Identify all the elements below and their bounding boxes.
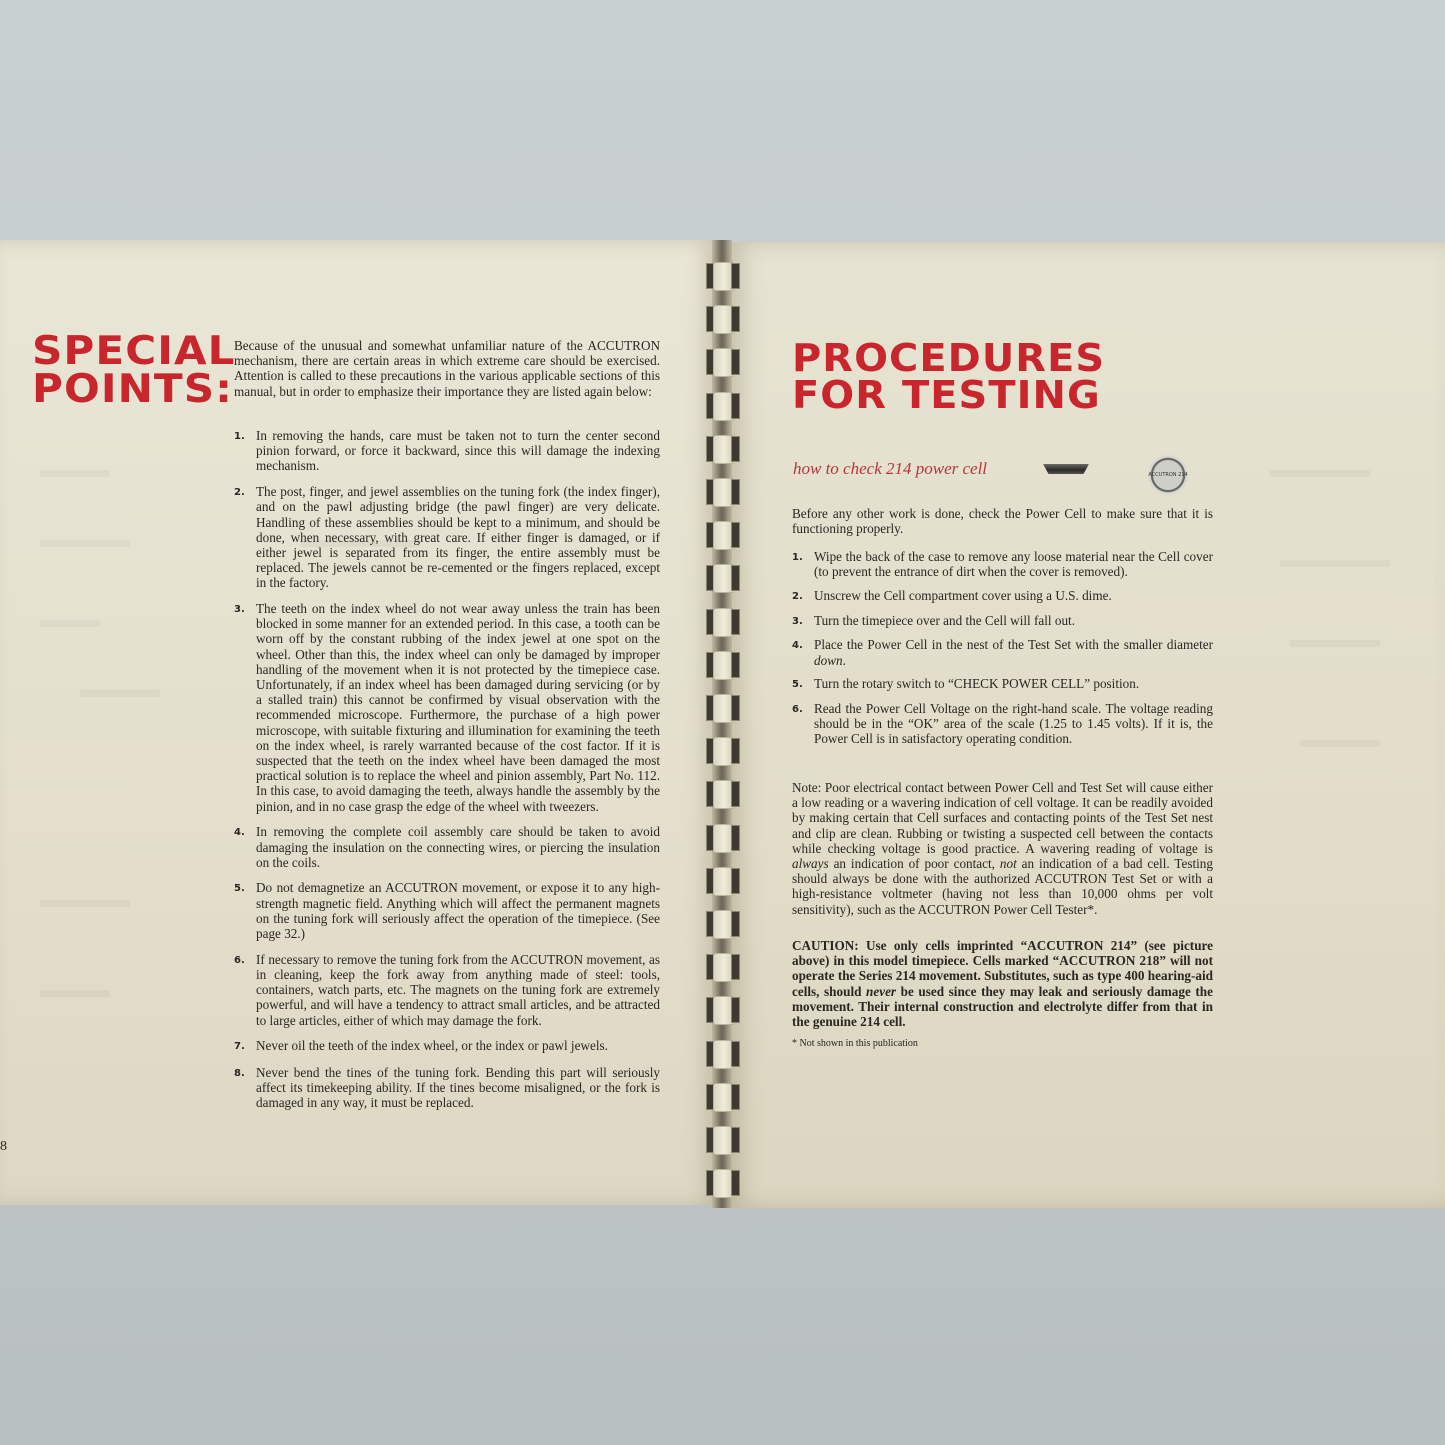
show-through-text bbox=[1270, 470, 1370, 477]
special-point-item: 5.Do not demagnetize an ACCUTRON movemen… bbox=[234, 880, 660, 941]
section-subtitle: how to check 214 power cell bbox=[793, 459, 987, 479]
item-text: Unscrew the Cell compartment cover using… bbox=[814, 588, 1213, 604]
binding-ring bbox=[704, 392, 742, 420]
cell-imprint: ACCUTRON 214 bbox=[1148, 472, 1187, 478]
binding-ring bbox=[704, 867, 742, 895]
binding-ring bbox=[704, 521, 742, 549]
procedure-intro: Before any other work is done, check the… bbox=[792, 506, 1213, 536]
power-cell-side-icon bbox=[1043, 464, 1089, 474]
item-text: If necessary to remove the tuning fork f… bbox=[256, 952, 660, 1028]
binding-ring bbox=[704, 348, 742, 376]
item-text: Never oil the teeth of the index wheel, … bbox=[256, 1038, 660, 1054]
binding-ring bbox=[704, 478, 742, 506]
item-number: 6. bbox=[792, 701, 814, 747]
binding-ring bbox=[704, 780, 742, 808]
item-number: 5. bbox=[792, 676, 814, 692]
binding-ring bbox=[704, 1083, 742, 1111]
show-through-text bbox=[40, 470, 110, 477]
item-text: Wipe the back of the case to remove any … bbox=[814, 549, 1213, 579]
binding-ring bbox=[704, 910, 742, 938]
binding-ring bbox=[704, 262, 742, 290]
item-number: 4. bbox=[792, 637, 814, 667]
special-point-item: 8.Never bend the tines of the tuning for… bbox=[234, 1065, 660, 1111]
binding-ring bbox=[704, 996, 742, 1024]
footnote: * Not shown in this publication bbox=[792, 1038, 918, 1049]
binding-ring bbox=[704, 824, 742, 852]
binding-ring bbox=[704, 651, 742, 679]
item-number: 2. bbox=[234, 484, 256, 590]
show-through-text bbox=[1300, 740, 1380, 747]
title-line: POINTS: bbox=[32, 367, 233, 412]
special-points-intro: Because of the unusual and somewhat unfa… bbox=[234, 338, 660, 399]
show-through-text bbox=[40, 900, 130, 907]
binding-ring bbox=[704, 608, 742, 636]
special-point-item: 6.If necessary to remove the tuning fork… bbox=[234, 952, 660, 1028]
procedures-title: PROCEDURES FOR TESTING bbox=[792, 340, 1105, 414]
procedure-steps: 1.Wipe the back of the case to remove an… bbox=[792, 549, 1213, 755]
binding-ring bbox=[704, 694, 742, 722]
item-text: Do not demagnetize an ACCUTRON movement,… bbox=[256, 880, 660, 941]
procedure-step-item: 4.Place the Power Cell in the nest of th… bbox=[792, 637, 1213, 667]
show-through-text bbox=[40, 540, 130, 547]
item-number: 2. bbox=[792, 588, 814, 604]
item-number: 1. bbox=[792, 549, 814, 579]
item-text: The teeth on the index wheel do not wear… bbox=[256, 601, 660, 814]
binding-ring bbox=[704, 305, 742, 333]
show-through-text bbox=[80, 690, 160, 697]
special-point-item: 1.In removing the hands, care must be ta… bbox=[234, 428, 660, 474]
binding-ring bbox=[704, 435, 742, 463]
special-points-list: 1.In removing the hands, care must be ta… bbox=[234, 428, 660, 1121]
item-text: Turn the timepiece over and the Cell wil… bbox=[814, 613, 1213, 629]
procedure-step-item: 1.Wipe the back of the case to remove an… bbox=[792, 549, 1213, 579]
item-text: Never bend the tines of the tuning fork.… bbox=[256, 1065, 660, 1111]
show-through-text bbox=[300, 540, 420, 547]
special-points-title: SPECIAL POINTS: bbox=[32, 333, 236, 409]
procedure-step-item: 5.Turn the rotary switch to “CHECK POWER… bbox=[792, 676, 1213, 692]
special-point-item: 7.Never oil the teeth of the index wheel… bbox=[234, 1038, 660, 1054]
item-text: In removing the hands, care must be take… bbox=[256, 428, 660, 474]
show-through-text bbox=[1290, 640, 1380, 647]
item-text: Read the Power Cell Voltage on the right… bbox=[814, 701, 1213, 747]
note-paragraph: Note: Poor electrical contact between Po… bbox=[792, 780, 1213, 917]
binding-ring bbox=[704, 1040, 742, 1068]
show-through-text bbox=[40, 620, 100, 627]
title-line: FOR TESTING bbox=[792, 373, 1101, 417]
item-number: 8. bbox=[234, 1065, 256, 1111]
item-number: 4. bbox=[234, 824, 256, 870]
item-number: 1. bbox=[234, 428, 256, 474]
binding-ring bbox=[704, 1126, 742, 1154]
item-text: Place the Power Cell in the nest of the … bbox=[814, 637, 1213, 667]
binding-ring bbox=[704, 737, 742, 765]
item-number: 3. bbox=[234, 601, 256, 814]
caution-paragraph: CAUTION: Use only cells imprinted “ACCUT… bbox=[792, 938, 1213, 1029]
item-number: 3. bbox=[792, 613, 814, 629]
special-point-item: 2.The post, finger, and jewel assemblies… bbox=[234, 484, 660, 590]
show-through-text bbox=[1280, 560, 1390, 567]
item-text: The post, finger, and jewel assemblies o… bbox=[256, 484, 660, 590]
item-number: 6. bbox=[234, 952, 256, 1028]
item-number: 7. bbox=[234, 1038, 256, 1054]
item-number: 5. bbox=[234, 880, 256, 941]
special-point-item: 4.In removing the complete coil assembly… bbox=[234, 824, 660, 870]
show-through-text bbox=[40, 990, 110, 997]
binding-ring bbox=[704, 564, 742, 592]
power-cell-top-icon: ACCUTRON 214 bbox=[1148, 455, 1188, 495]
binding-ring bbox=[704, 1169, 742, 1197]
procedure-step-item: 2.Unscrew the Cell compartment cover usi… bbox=[792, 588, 1213, 604]
item-text: In removing the complete coil assembly c… bbox=[256, 824, 660, 870]
item-text: Turn the rotary switch to “CHECK POWER C… bbox=[814, 676, 1213, 692]
procedure-step-item: 6.Read the Power Cell Voltage on the rig… bbox=[792, 701, 1213, 747]
page-number: 8 bbox=[0, 1139, 7, 1155]
binding-ring bbox=[704, 953, 742, 981]
special-point-item: 3.The teeth on the index wheel do not we… bbox=[234, 601, 660, 814]
procedure-step-item: 3.Turn the timepiece over and the Cell w… bbox=[792, 613, 1213, 629]
